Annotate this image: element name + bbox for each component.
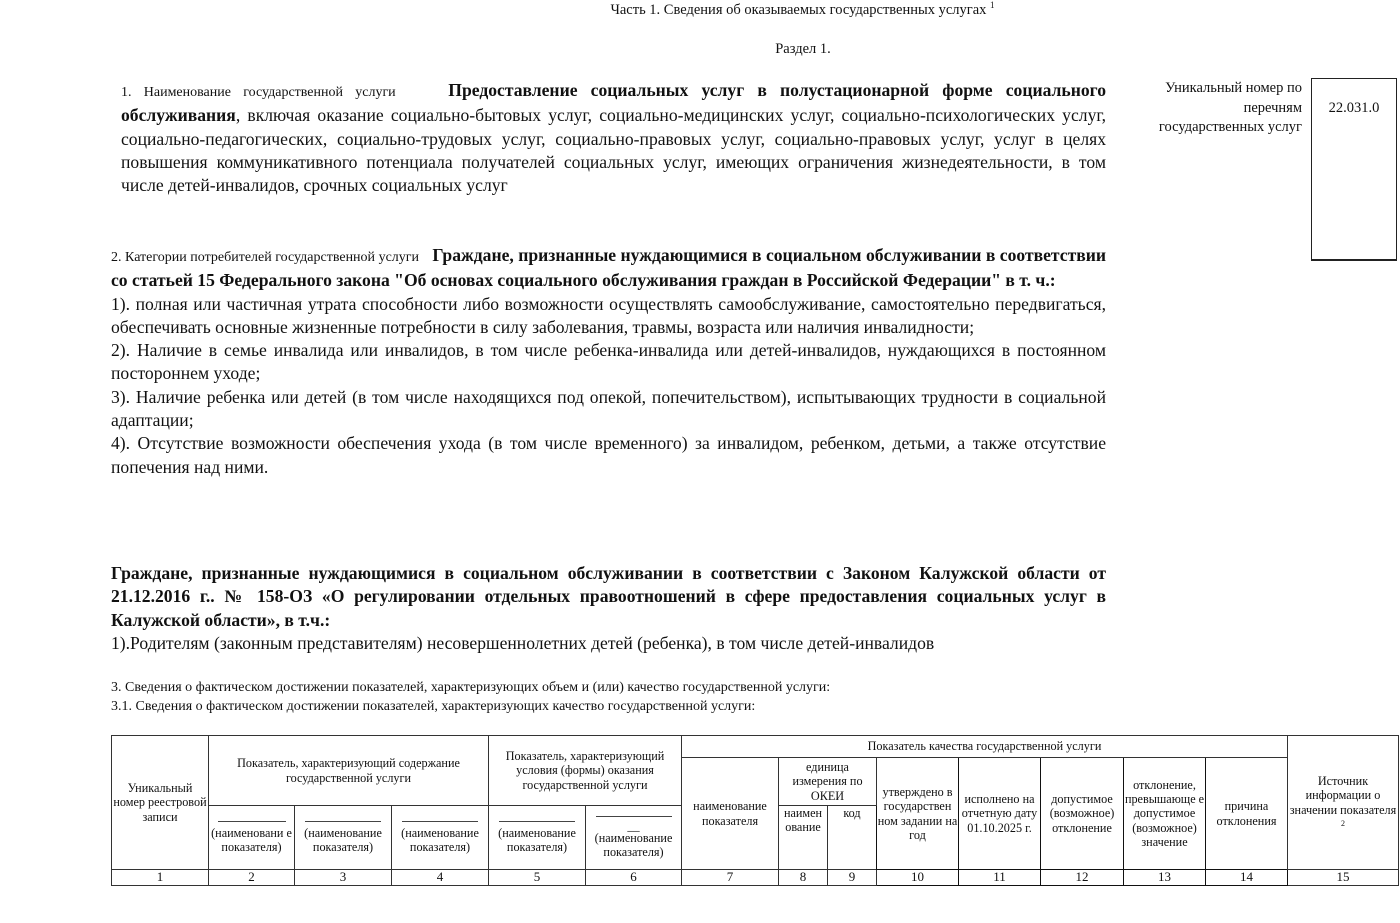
indicator-name-text: (наименование показателя) [401,826,479,854]
section3-subtitle: 3.1. Сведения о фактическом достижении п… [111,697,830,716]
col-unit-name-header: наимен ование [779,806,828,870]
group-content-header: Показатель, характеризующий содержание г… [209,736,489,806]
col-number: 4 [392,870,489,886]
col-number: 8 [779,870,828,886]
service-name-details: , включая оказание социально-бытовых усл… [121,105,1106,195]
category-item: 1). полная или частичная утрата способно… [111,293,1106,340]
category-item: 3). Наличие ребенка или детей (в том чис… [111,386,1106,433]
indicator-name-text: (наименование показателя) [498,826,576,854]
section3: 3. Сведения о фактическом достижении пок… [111,678,830,716]
col-number: 6 [586,870,682,886]
condition-indicator-1: (наименование показателя) [489,806,586,870]
col-executed-header: исполнено на отчетную дату 01.10.2025 г. [959,758,1041,870]
col-number: 13 [1124,870,1206,886]
section3-title: 3. Сведения о фактическом достижении пок… [111,678,830,697]
col-unit-group-header: единица измерения по ОКЕИ [779,758,877,806]
content-indicator-1: (наименовани е показателя) [209,806,295,870]
col-reason-header: причина отклонения [1206,758,1288,870]
col-registry-header: Уникальный номер реестровой записи [112,736,209,870]
indicator-name-text: (наименовани е показателя) [211,826,292,854]
part-footnote: 1 [990,0,995,10]
part-title-text: Часть 1. Сведения об оказываемых государ… [610,2,986,18]
col-indicator-name-header: наименование показателя [682,758,779,870]
col-number: 10 [877,870,959,886]
column-numbers-row: 1 2 3 4 5 6 7 8 9 10 11 12 13 14 15 [112,870,1399,886]
service-name-block: 1. Наименование государственной услуги П… [121,79,1106,197]
content-indicator-3: (наименование показателя) [392,806,489,870]
col-source-text: Источник информации о значении показател… [1290,774,1397,816]
section-title: Раздел 1. [0,41,1400,58]
col-number: 14 [1206,870,1288,886]
col-allowed-header: допустимое (возможное) отклонение [1041,758,1124,870]
unique-number-value: 22.031.0 [1329,100,1380,116]
quality-indicators-table: Уникальный номер реестровой записи Показ… [111,735,1399,886]
col-exceeding-header: отклонение, превышающе е допустимое (воз… [1124,758,1206,870]
col-number: 11 [959,870,1041,886]
part-title: Часть 1. Сведения об оказываемых государ… [0,2,1400,19]
col-source-header: Источник информации о значении показател… [1288,736,1399,870]
content-indicator-2: (наименование показателя) [295,806,392,870]
col-number: 15 [1288,870,1399,886]
col-number: 7 [682,870,779,886]
col-number: 9 [828,870,877,886]
group-conditions-header: Показатель, характеризующий условия (фор… [489,736,682,806]
categories-label: 2. Категории потребителей государственно… [111,250,419,265]
regional-item: 1).Родителям (законным представителям) н… [111,632,1106,655]
source-footnote: 2 [1341,819,1345,828]
indicator-name-text: (наименование показателя) [595,831,673,859]
regional-categories-block: Граждане, признанные нуждающимися в соци… [111,562,1106,655]
condition-indicator-2: __(наименование показателя) [586,806,682,870]
col-unit-code-header: код [828,806,877,870]
unique-number-label: Уникальный номер по перечням государстве… [1150,79,1302,138]
col-number: 1 [112,870,209,886]
unique-number-box: 22.031.0 [1311,78,1397,261]
categories-block: 2. Категории потребителей государственно… [111,244,1106,479]
col-approved-header: утверждено в государствен ном задании на… [877,758,959,870]
category-item: 4). Отсутствие возможности обеспечения у… [111,432,1106,479]
regional-heading: Граждане, признанные нуждающимися в соци… [111,563,1106,630]
category-item: 2). Наличие в семье инвалида или инвалид… [111,339,1106,386]
col-number: 5 [489,870,586,886]
col-number: 3 [295,870,392,886]
service-name-label: 1. Наименование государственной услуги [121,85,396,100]
indicator-name-text: (наименование показателя) [304,826,382,854]
col-number: 12 [1041,870,1124,886]
group-quality-header: Показатель качества государственной услу… [682,736,1288,758]
dash-text: __ [586,821,681,831]
col-number: 2 [209,870,295,886]
